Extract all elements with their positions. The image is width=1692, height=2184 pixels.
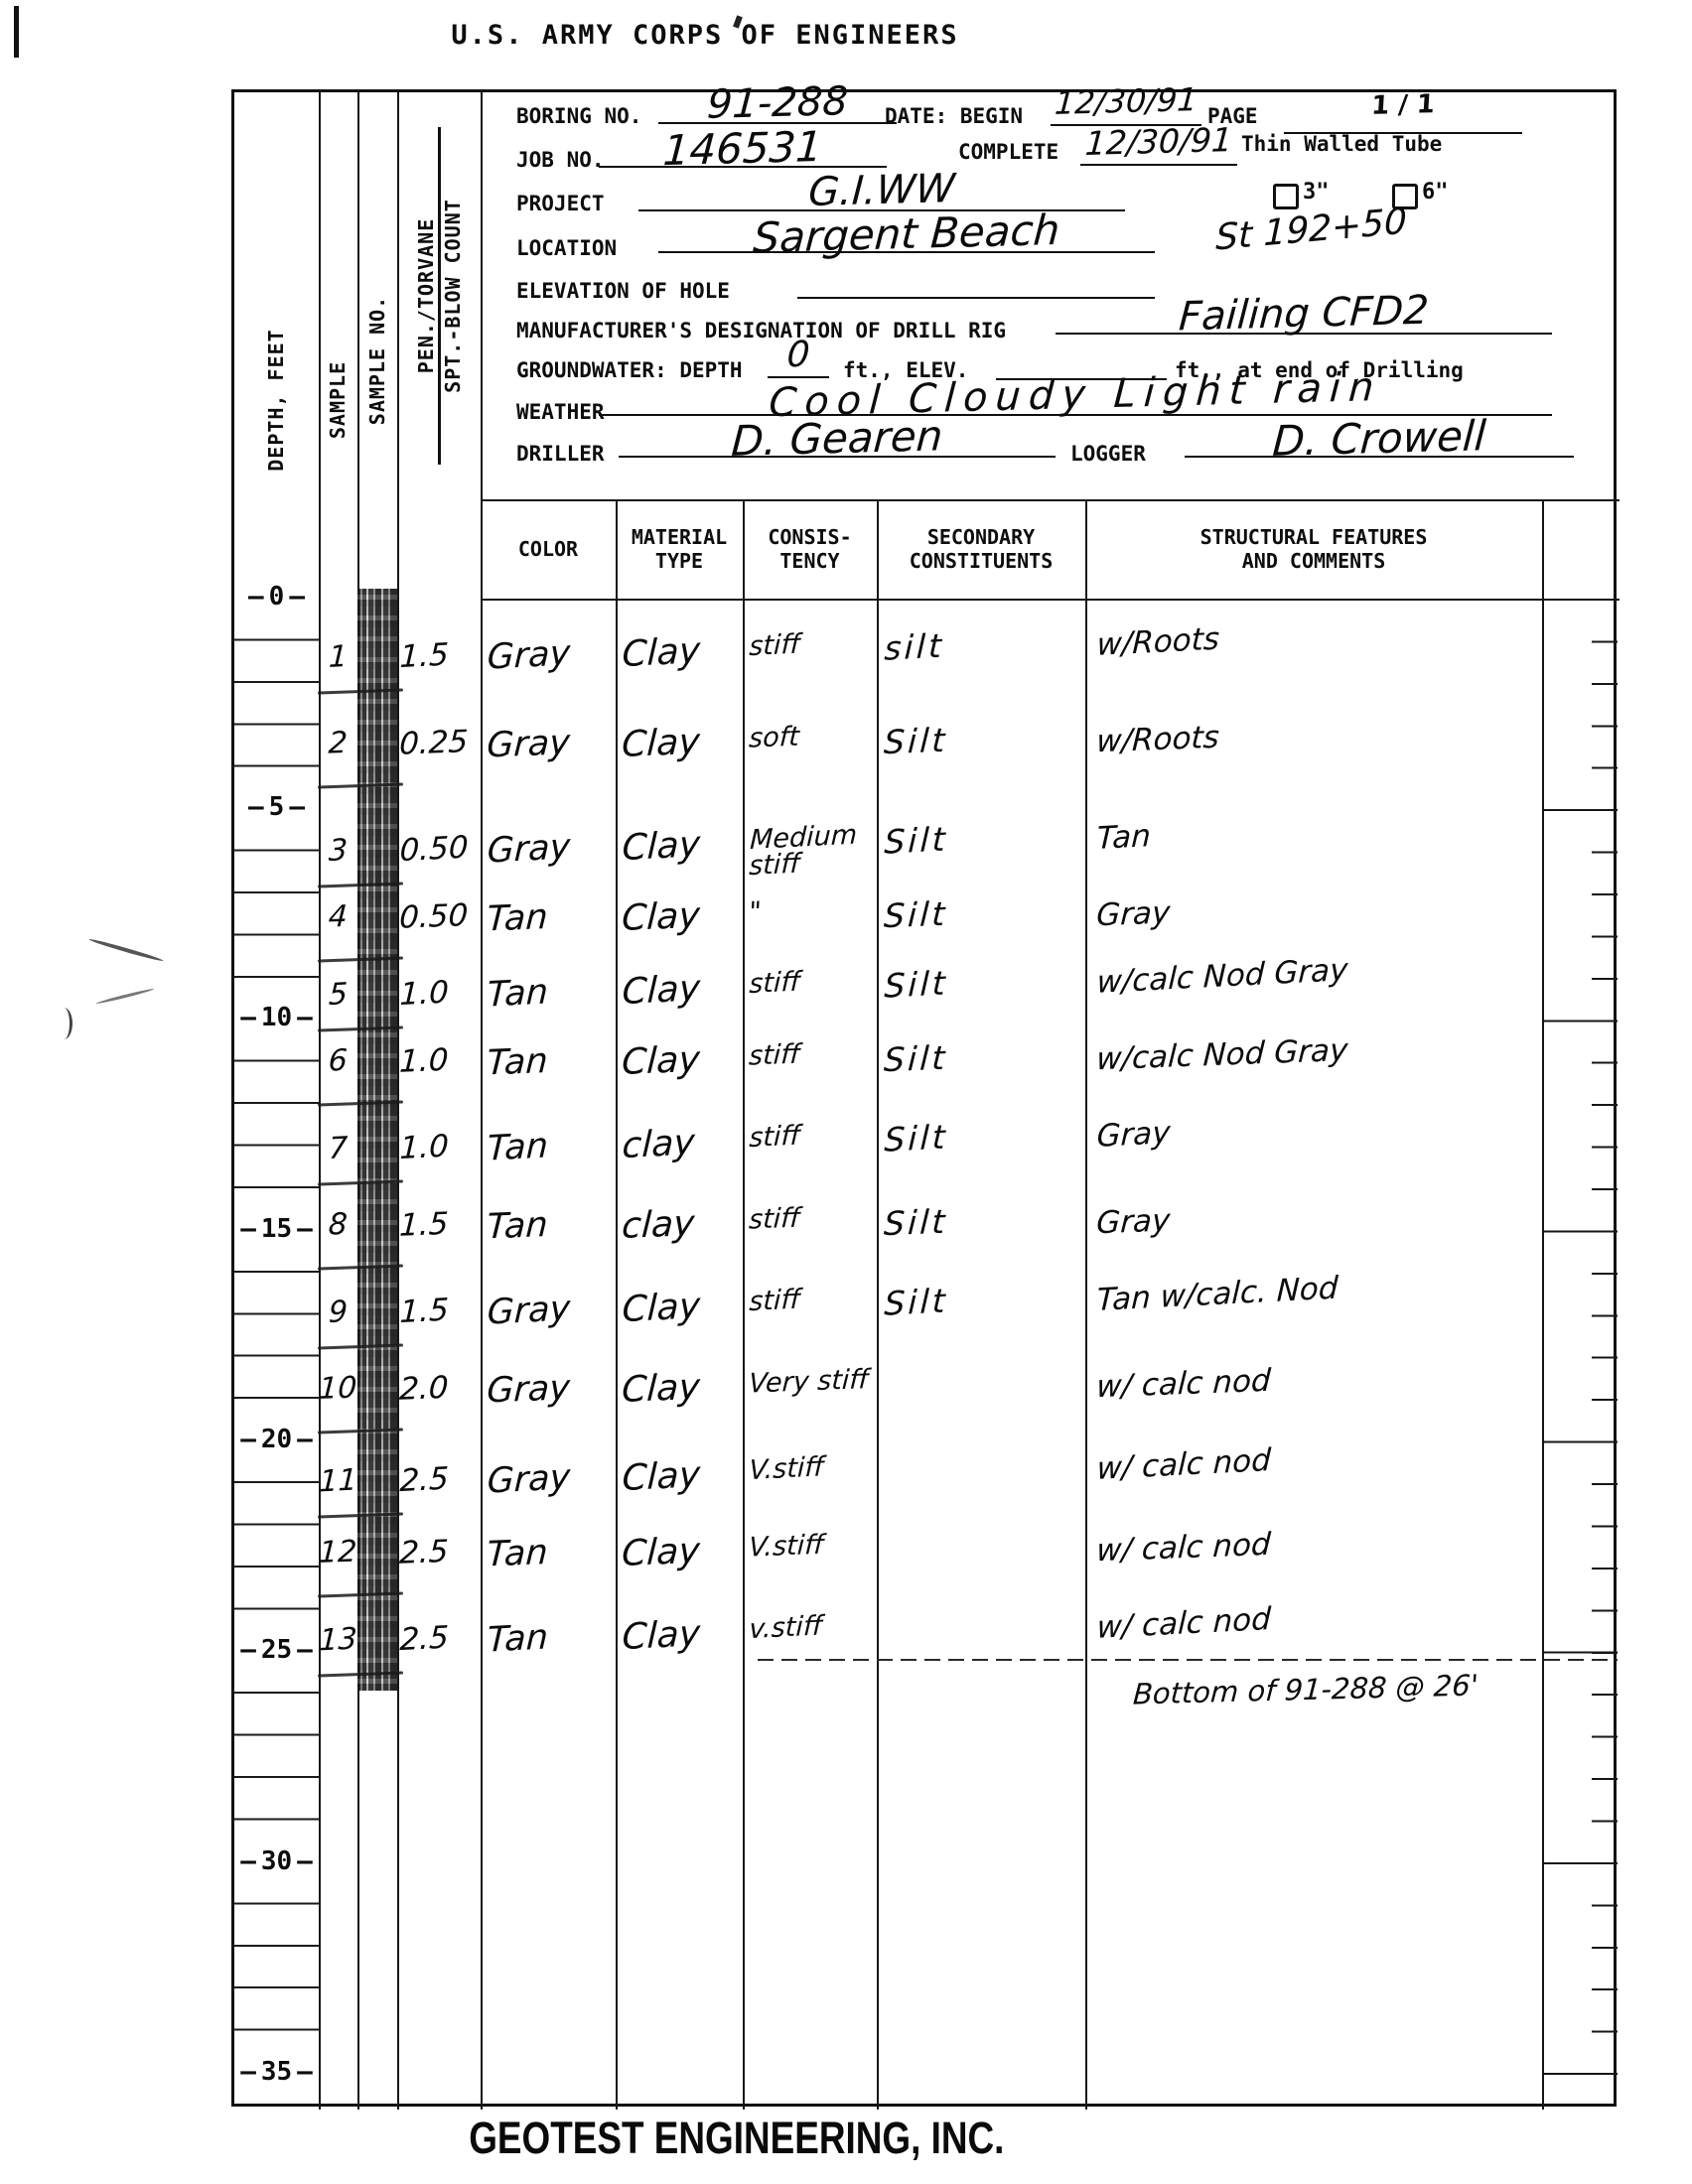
cell-no: 3: [318, 835, 358, 867]
location-value: Sargent Beach: [658, 213, 1155, 253]
complete-label: COMPLETE: [958, 140, 1058, 164]
company-footer: GEOTEST ENGINEERING, INC.: [469, 2113, 941, 2164]
cell-material: Clay: [622, 1455, 744, 1497]
weather-label: WEATHER: [516, 400, 605, 424]
cell-secondary: [884, 1364, 1082, 1371]
column-label-depth-feet: DEPTH, FEET: [261, 241, 291, 559]
cell-comments: w/ calc nod: [1096, 1355, 1554, 1403]
driller-value: D. Gearen: [619, 418, 1056, 458]
cell-pen: 2.0: [398, 1372, 484, 1406]
cell-comments: Gray: [1096, 1191, 1554, 1239]
cell-comments: w/ calc nod: [1096, 1432, 1554, 1485]
header-structural-line1: STRUCTURAL FEATURES: [1200, 525, 1428, 549]
cell-color: Gray: [487, 1290, 617, 1331]
depth-tick-label: 35: [234, 2055, 319, 2089]
scan-artifact: [14, 6, 19, 58]
right-tick-ruler: [1542, 599, 1618, 2108]
cell-comments: w/calc Nod Gray: [1096, 945, 1554, 999]
cell-color: Tan: [486, 1206, 617, 1246]
cell-pen: 1.0: [399, 976, 484, 1011]
depth-tick-label: 15: [234, 1212, 319, 1246]
cell-consistency: stiff: [749, 628, 877, 660]
cell-pen: 1.0: [399, 1130, 484, 1164]
boring-log-table: 0 5 10 15 20 25 30 35 DEPTH, FEET SAMPLE…: [231, 89, 1617, 2107]
spt-blow-count-label: SPT.-BLOW COUNT: [438, 127, 465, 465]
cell-color: Gray: [486, 725, 617, 764]
cell-color: Gray: [486, 1370, 617, 1410]
log-row: 51.0TanClaystiffSiltw/calc Nod Gray: [234, 949, 1620, 983]
cell-no: 2: [317, 728, 357, 759]
bottom-of-boring-line: [758, 1659, 1618, 1661]
cell-comments: w/ calc nod: [1096, 1519, 1554, 1567]
log-row: 30.50GrayClayMedium stiffSiltTan: [234, 805, 1620, 839]
grid-line: [1085, 499, 1087, 2110]
log-row: 20.25GrayClaysoftSiltw/Roots: [234, 716, 1620, 731]
page-title: U.S. ARMY CORPS OF ENGINEERS: [422, 20, 988, 51]
cell-comments: w/calc Nod Gray: [1096, 1027, 1554, 1075]
log-row: 122.5TanClayV.stiffw/ calc nod: [234, 1525, 1620, 1540]
cell-pen: 1.5: [398, 1208, 484, 1242]
logger-label: LOGGER: [1070, 442, 1146, 466]
cell-no: 1: [318, 641, 358, 673]
cell-color: Gray: [487, 634, 617, 676]
cell-pen: 0.50: [399, 832, 484, 867]
cell-color: Tan: [487, 1617, 617, 1659]
header-structural-line2: AND COMMENTS: [1242, 549, 1386, 573]
cell-material: Clay: [621, 1040, 744, 1081]
cell-material: Clay: [622, 825, 744, 867]
cell-secondary: [884, 1528, 1082, 1535]
scan-artifact: [88, 937, 164, 962]
cell-no: 4: [317, 901, 357, 933]
scan-artifact: [56, 1008, 72, 1039]
cell-material: Clay: [622, 969, 744, 1011]
depth-tick-label: 0: [234, 580, 319, 614]
cell-comments: Gray: [1096, 1099, 1554, 1153]
cell-material: clay: [621, 1204, 744, 1245]
cell-consistency: Medium stiff: [749, 821, 878, 879]
cell-pen: 1.5: [399, 638, 484, 673]
log-row: 61.0TanClaystiffSiltw/calc Nod Gray: [234, 1033, 1620, 1048]
cell-consistency: Very stiff: [749, 1367, 877, 1397]
cell-consistency: soft: [749, 722, 877, 751]
driller-label: DRILLER: [516, 442, 605, 466]
elevation-value: [797, 259, 1155, 299]
cell-material: Clay: [622, 631, 744, 673]
cell-color: Tan: [487, 1126, 617, 1167]
thin-walled-tube-label: Thin Walled Tube: [1241, 132, 1442, 156]
cell-secondary: [884, 1605, 1082, 1615]
date-begin-value: 12/30/91: [1051, 86, 1201, 126]
cell-secondary: silt: [884, 622, 1083, 665]
cell-material: Clay: [621, 1532, 744, 1572]
cell-secondary: Silt: [883, 1200, 1083, 1240]
depth-tick-label: 5: [234, 790, 319, 824]
drill-rig-value: Failing CFD2: [1056, 295, 1552, 335]
cell-pen: 2.5: [399, 1462, 484, 1497]
cell-material: Clay: [622, 1287, 744, 1328]
cell-pen: 2.5: [399, 1621, 484, 1656]
log-row: 71.0TanclaystiffSiltGray: [234, 1103, 1620, 1137]
cell-no: 13: [318, 1624, 358, 1656]
grid-line: [481, 599, 1620, 601]
cell-pen: 1.0: [398, 1044, 484, 1078]
header-material-line1: MATERIAL: [632, 525, 727, 549]
cell-secondary: Silt: [883, 719, 1083, 758]
depth-tick-label: 20: [234, 1423, 319, 1456]
location-label: LOCATION: [516, 236, 617, 260]
log-row: 40.50TanClay"SiltGray: [234, 889, 1620, 904]
cell-no: 6: [317, 1045, 357, 1077]
cell-secondary: Silt: [884, 816, 1083, 859]
cell-material: Clay: [621, 723, 744, 763]
date-begin-label: DATE: BEGIN: [885, 104, 1023, 128]
cell-consistency: V.stiff: [749, 1531, 877, 1561]
cell-consistency: stiff: [749, 1039, 877, 1069]
header-secondary-line2: CONSTITUENTS: [910, 549, 1054, 573]
cell-color: Tan: [486, 898, 617, 938]
log-row: 81.5TanclaystiffSiltGray: [234, 1197, 1620, 1212]
pen-torvane-label: PEN./TORVANE: [414, 127, 438, 465]
tube-6in-label: 6": [1422, 180, 1449, 205]
cell-consistency: stiff: [749, 1284, 877, 1315]
job-no-label: JOB NO.: [516, 148, 605, 172]
project-label: PROJECT: [516, 192, 605, 215]
cell-secondary: Silt: [884, 960, 1083, 1003]
log-row: 91.5GrayClaystiffSiltTan w/calc. Nod: [234, 1267, 1620, 1300]
boring-info-form: BORING NO. 91-288 DATE: BEGIN 12/30/91 P…: [481, 92, 1620, 499]
station-value: St 192+50: [1215, 201, 1407, 258]
cell-no: 11: [318, 1465, 358, 1497]
date-complete-value: 12/30/91: [1080, 126, 1237, 166]
cell-secondary: [884, 1446, 1082, 1456]
cell-no: 8: [317, 1209, 357, 1241]
cell-color: Tan: [486, 1042, 617, 1082]
groundwater-depth-value: 0: [768, 339, 829, 378]
log-row: 132.5TanClayv.stiffw/ calc nod: [234, 1594, 1620, 1628]
log-row: 11.5GrayClaystiffsiltw/Roots: [234, 612, 1620, 645]
grid-line: [319, 92, 321, 2110]
logger-value: D. Crowell: [1185, 418, 1574, 458]
cell-material: Clay: [621, 1368, 744, 1409]
bottom-of-boring-note: Bottom of 91-288 @ 26': [1132, 1668, 1480, 1710]
header-consistency: CONSIS- TENCY: [743, 499, 877, 599]
cell-pen: 0.50: [398, 900, 484, 934]
cell-comments: Tan w/calc. Nod: [1096, 1263, 1554, 1316]
cell-consistency: ": [749, 895, 877, 925]
cell-pen: 1.5: [399, 1294, 484, 1328]
cell-pen: 0.25: [398, 727, 484, 760]
sample-interval-shading: [357, 589, 397, 1691]
header-color-text: COLOR: [518, 537, 578, 561]
cell-comments: w/ calc nod: [1096, 1590, 1554, 1644]
cell-consistency: stiff: [749, 966, 877, 998]
cell-pen: 2.5: [398, 1536, 484, 1570]
cell-secondary: Silt: [883, 1036, 1083, 1076]
elevation-label: ELEVATION OF HOLE: [516, 279, 730, 303]
drill-rig-label: MANUFACTURER'S DESIGNATION OF DRILL RIG: [516, 319, 1006, 342]
header-material-line2: TYPE: [655, 549, 703, 573]
grid-line: [877, 499, 879, 2110]
cell-secondary: Silt: [884, 1114, 1083, 1157]
cell-secondary: Silt: [883, 892, 1083, 932]
cell-comments: w/Roots: [1096, 608, 1554, 661]
cell-comments: Gray: [1096, 884, 1554, 931]
depth-tick-label: 30: [234, 1844, 319, 1878]
tube-3in-label: 3": [1303, 180, 1330, 205]
column-label-sample: SAMPLE: [325, 326, 351, 475]
cell-color: Tan: [486, 1534, 617, 1573]
cell-no: 10: [317, 1373, 357, 1405]
header-material-type: MATERIAL TYPE: [616, 499, 743, 599]
header-structural-features: STRUCTURAL FEATURES AND COMMENTS: [1085, 499, 1542, 599]
cell-consistency: stiff: [749, 1203, 877, 1233]
cell-no: 12: [317, 1537, 357, 1569]
cell-comments: w/Roots: [1096, 710, 1554, 757]
cell-secondary: Silt: [884, 1278, 1083, 1320]
cell-no: 7: [318, 1133, 358, 1164]
boring-no-value: 91-288: [658, 84, 897, 124]
column-label-sample-no: SAMPLE NO.: [364, 251, 390, 470]
cell-consistency: V.stiff: [749, 1452, 877, 1484]
cell-material: clay: [622, 1123, 744, 1164]
cell-no: 5: [318, 979, 358, 1011]
log-row: 112.5GrayClayV.stiffw/ calc nod: [234, 1435, 1620, 1469]
boring-no-label: BORING NO.: [516, 104, 641, 128]
weather-value: Cool Cloudy Light rain: [599, 376, 1552, 416]
tube-3in-checkbox[interactable]: [1273, 184, 1299, 209]
cell-no: 9: [318, 1297, 358, 1328]
depth-tick-label: 10: [234, 1001, 319, 1034]
header-consistency-line1: CONSIS-: [768, 525, 851, 549]
scan-artifact: [96, 988, 155, 1005]
depth-tick-label: 25: [234, 1633, 319, 1667]
page-value: 1 / 1: [1284, 94, 1522, 134]
cell-consistency: v.stiff: [749, 1611, 877, 1643]
cell-color: Gray: [487, 828, 617, 870]
cell-comments: Tan: [1096, 801, 1554, 855]
job-no-value: 146531: [599, 128, 887, 168]
cell-material: Clay: [622, 1614, 744, 1656]
header-consistency-line2: TENCY: [779, 549, 839, 573]
header-color: COLOR: [481, 499, 616, 599]
cell-consistency: stiff: [749, 1120, 877, 1152]
log-row: 102.0GrayClayVery stiffw/ calc nod: [234, 1361, 1620, 1376]
cell-material: Clay: [621, 896, 744, 937]
cell-color: Gray: [487, 1458, 617, 1500]
header-secondary-line1: SECONDARY: [927, 525, 1035, 549]
column-label-pen-torvane-spt: PEN./TORVANE SPT.-BLOW COUNT: [410, 127, 468, 465]
cell-color: Tan: [487, 972, 617, 1014]
header-secondary-constituents: SECONDARY CONSTITUENTS: [877, 499, 1085, 599]
